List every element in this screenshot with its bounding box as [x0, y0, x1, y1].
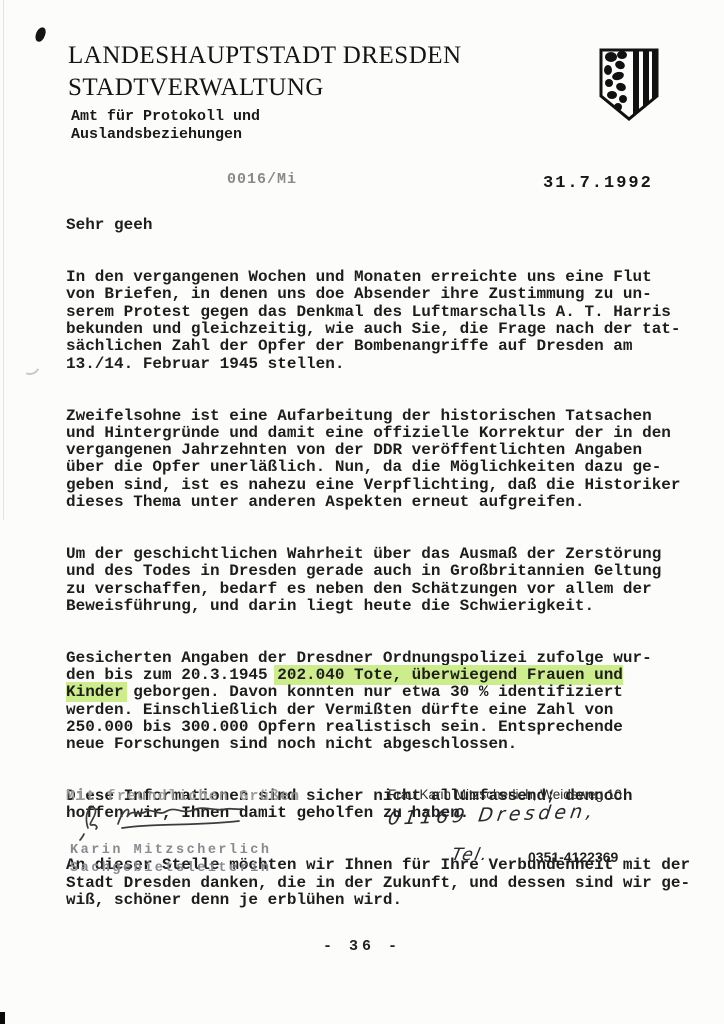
scan-artifact-corner-mark — [0, 1012, 5, 1024]
signature-scribble-icon — [72, 798, 267, 842]
handwritten-tel-label: Tel. — [450, 845, 491, 865]
signer-name-title: Karin Mitzscherlich Sachgebietsleiterin — [70, 842, 271, 877]
org-line-2: STADTVERWALTUNG — [68, 74, 324, 101]
page-number: - 36 - — [0, 938, 724, 955]
body-paragraph-2: Zweifelsohne ist eine Aufarbeitung der h… — [66, 408, 714, 512]
letterhead-org-name: LANDESHAUPTSTADT DRESDEN STADTVERWALTUNG — [68, 40, 462, 104]
scan-artifact-edge-line — [3, 0, 4, 520]
scanned-letter-page: LANDESHAUPTSTADT DRESDEN STADTVERWALTUNG… — [0, 0, 724, 1024]
coat-of-arms-icon — [596, 46, 662, 124]
signer-name: Karin Mitzscherlich — [70, 843, 271, 858]
highlight-post-text: geborgen. Davon konnten nur etwa 30 % id… — [66, 683, 623, 753]
scan-artifact-curve-mark — [17, 352, 43, 378]
reference-number: 0016/Mi — [227, 171, 297, 188]
letterhead-department: Amt für Protokoll und Auslandsbeziehunge… — [71, 108, 260, 144]
phone-number: 0351-4122369 — [528, 849, 618, 865]
letter-date: 31.7.1992 — [543, 174, 653, 193]
scan-artifact-ink-dot — [34, 26, 47, 43]
body-paragraph-3: Um der geschichtlichen Wahrheit über das… — [66, 546, 714, 615]
signer-title: Sachgebietsleiterin — [70, 861, 271, 876]
org-line-1: LANDESHAUPTSTADT DRESDEN — [68, 42, 462, 69]
salutation: Sehr geeh — [66, 217, 714, 234]
body-paragraph-4: Gesicherten Angaben der Dresdner Ordnung… — [66, 650, 714, 754]
body-paragraph-1: In den vergangenen Wochen und Monaten er… — [66, 269, 714, 373]
